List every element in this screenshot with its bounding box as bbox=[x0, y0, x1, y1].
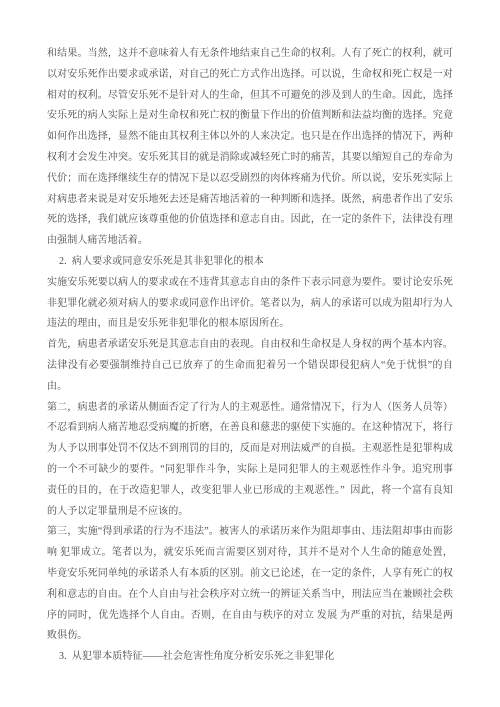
document-body: 和结果。当然，这并不意味着人有无条件地结束自己生命的权利。人有了死亡的权利，就可… bbox=[47, 44, 453, 668]
paragraph-third-point-consented-act: 第三，实施“得到承诺的行为不违法”。被害人的承诺历来作为阻却事由、违法阻却事由而… bbox=[47, 522, 453, 647]
paragraph-consent-requirement: 实施安乐死要以病人的要求或在不违背其意志自由的条件下表示同意为要件。要讨论安乐死… bbox=[47, 273, 453, 335]
paragraph-right-to-die-continuation: 和结果。当然，这并不意味着人有无条件地结束自己生命的权利。人有了死亡的权利，就可… bbox=[47, 44, 453, 252]
paragraph-second-point-subjective-malice: 第二，病患者的承诺从侧面否定了行为人的主观恶性。通常情况下，行为人（医务人员等）… bbox=[47, 398, 453, 523]
document-page: 和结果。当然，这并不意味着人有无条件地结束自己生命的权利。人有了死亡的权利，就可… bbox=[0, 0, 500, 707]
section-heading-3-social-harm: 3. 从犯罪本质特征——社会危害性角度分析安乐死之非犯罪化 bbox=[47, 647, 453, 668]
section-heading-2-patient-consent: 2. 病人要求或同意安乐死是其非犯罪化的根本 bbox=[47, 252, 453, 273]
paragraph-first-point-free-will: 首先，病患者承诺安乐死是其意志自由的表现。自由权和生命权是人身权的两个基本内容。… bbox=[47, 335, 453, 397]
